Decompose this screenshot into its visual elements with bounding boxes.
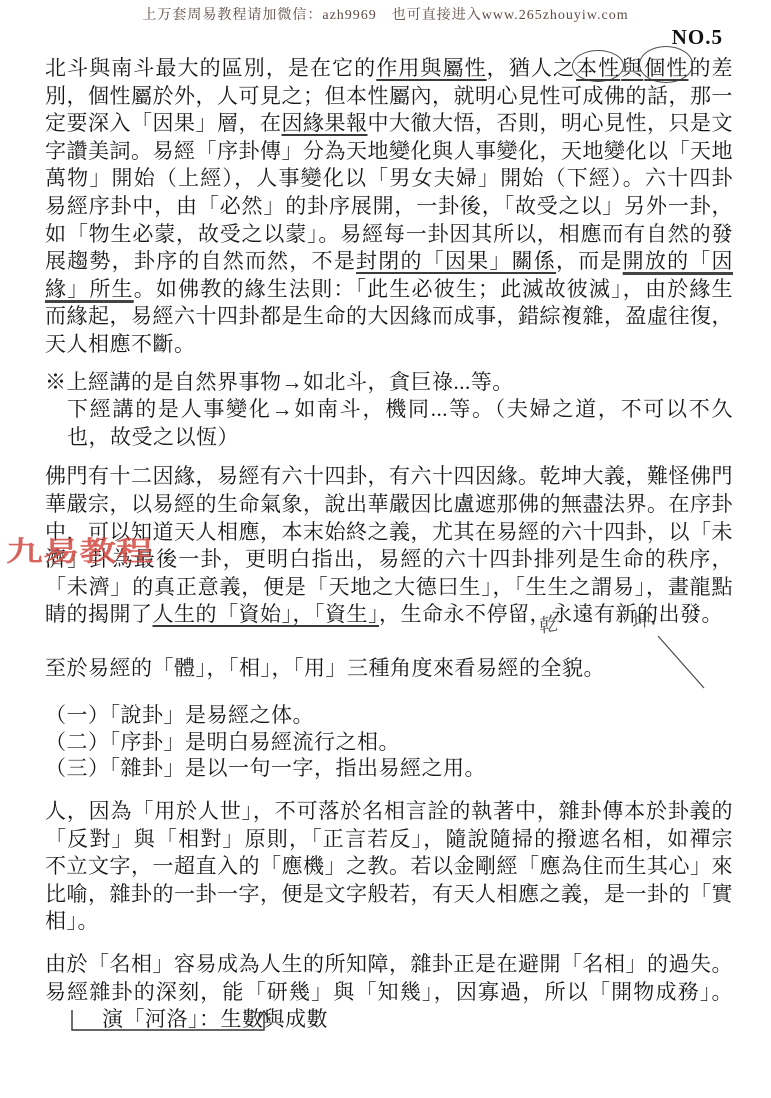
page-number: NO.5 xyxy=(672,25,723,50)
underlined-text: 封閉的「因果」關係 xyxy=(356,249,556,273)
text-segment: ，而是 xyxy=(556,249,623,273)
list-item-1: （一）「說卦」是易經之体。 xyxy=(45,702,733,729)
circled-benxing: 本性 xyxy=(572,50,624,82)
watermark-red-text: 九易教程 xyxy=(6,530,153,569)
handwritten-stroke xyxy=(652,632,712,694)
list-item-3: （三）「雜卦」是以一句一字，指出易經之用。 xyxy=(45,755,733,782)
note-block: ※上經講的是自然界事物→如北斗，貪巨祿...等。 下經講的是人事變化→如南斗，機… xyxy=(45,369,733,452)
text-segment: ，猶人之 xyxy=(487,56,575,80)
circled-gexing: 個性 xyxy=(639,46,693,83)
note-line-lower-canon: 下經講的是人事變化→如南斗，機同...等。（夫婦之道，不可以不久也，故受之以恆） xyxy=(45,396,733,451)
underlined-text: 因緣果報 xyxy=(282,111,368,135)
text-segment: 北斗與南斗最大的區別，是在它的 xyxy=(45,56,376,80)
scanned-document-page: 上万套周易教程请加微信：azh9969 也可直接进入www.265zhouyiw… xyxy=(0,0,771,1098)
paragraph-1: 北斗與南斗最大的區別，是在它的作用與屬性，猶人之本性與個性的差別，個性屬於外，人… xyxy=(45,55,733,359)
list-block: （一）「說卦」是易經之体。 （二）「序卦」是明白易經流行之相。 （三）「雜卦」是… xyxy=(45,702,733,782)
underlined-text: 作用與屬性 xyxy=(376,56,486,80)
text-segment: 。如佛教的緣生法則：「此生必彼生；此滅故彼滅」，由於緣生而緣起，易經六十四卦都是… xyxy=(45,277,733,356)
list-item-2: （二）「序卦」是明白易經流行之相。 xyxy=(45,729,733,756)
underlined-text: 人生的「資始」，「資生」 xyxy=(153,602,380,626)
text-segment: 由於「名相」容易成為人生的所知障，雜卦正是在避開「名相」的過失。易經雜卦的深刻，… xyxy=(45,952,733,1004)
note-line-upper-canon: ※上經講的是自然界事物→如北斗，貪巨祿...等。 xyxy=(45,369,733,397)
header-notice: 上万套周易教程请加微信：azh9969 也可直接进入www.265zhouyiw… xyxy=(0,4,771,24)
handwritten-qian-annotation: 乾 xyxy=(539,608,559,639)
hand-drawn-arrow xyxy=(68,1006,274,1038)
handwritten-kun-annotation: 坤. xyxy=(632,603,656,634)
paragraph-ti-xiang-yong: 至於易經的「體」，「相」，「用」三種角度來看易經的全貌。 xyxy=(45,655,733,683)
paragraph-3: 人，因為「用於人世」，不可落於名相言詮的執著中，雜卦傳本於卦義的「反對」與「相對… xyxy=(45,798,733,936)
